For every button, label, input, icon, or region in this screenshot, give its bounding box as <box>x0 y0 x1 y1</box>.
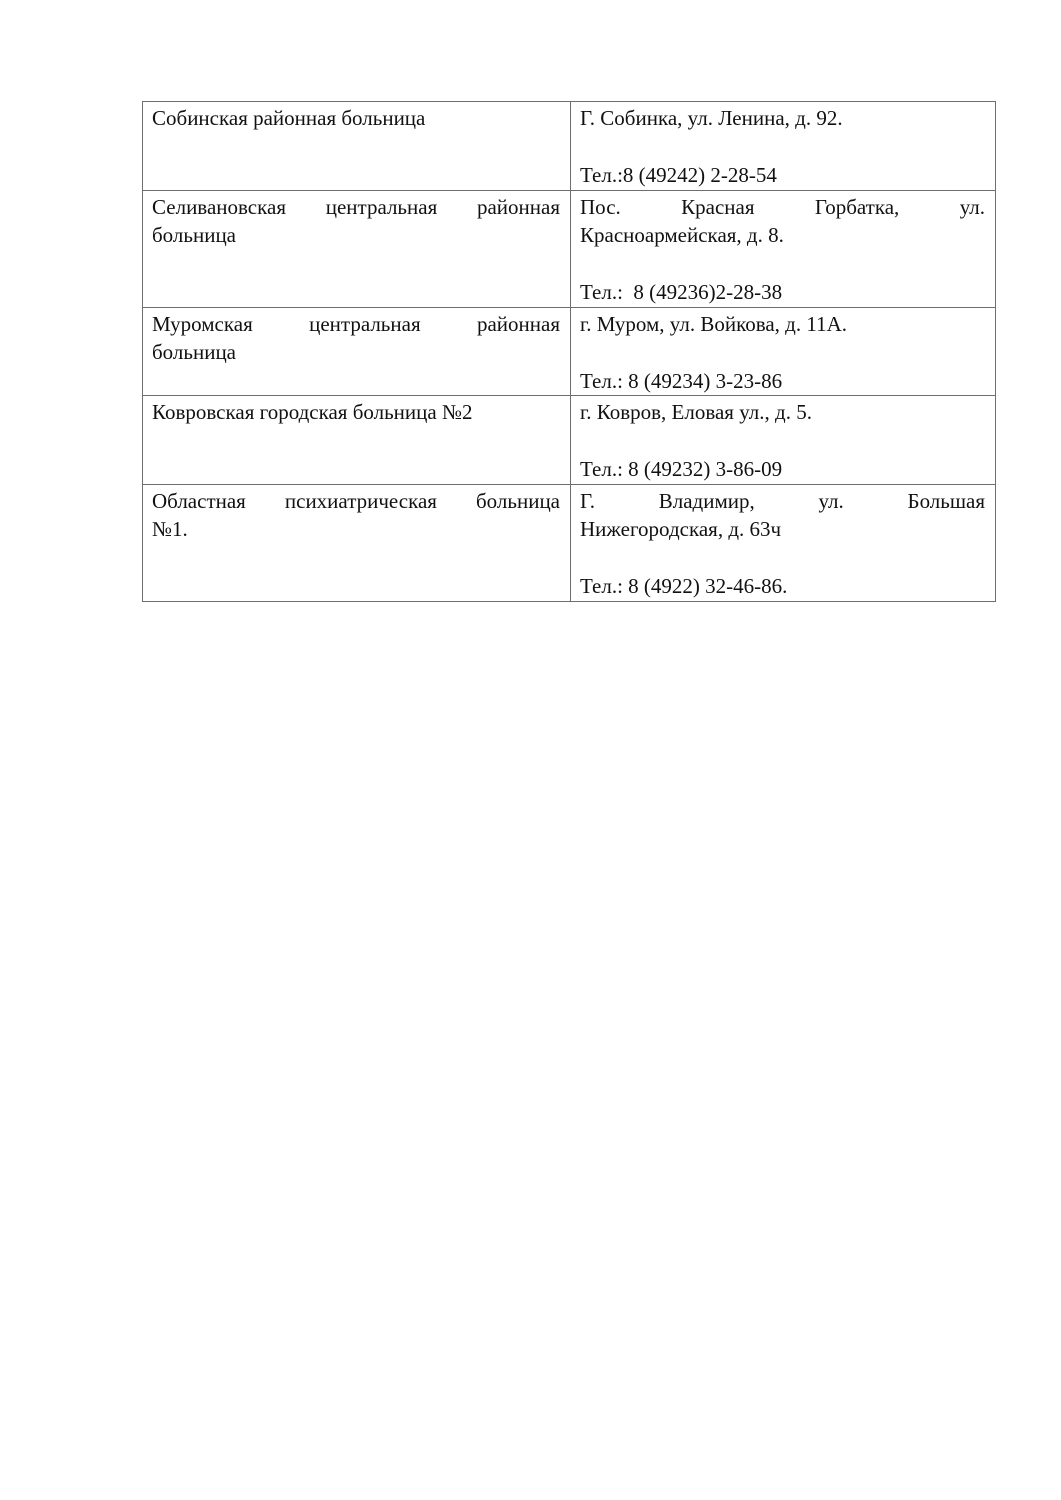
hospital-phone: Тел.: 8 (49236)2-28-38 <box>580 278 985 307</box>
hospital-phone: Тел.: 8 (49234) 3-23-86 <box>580 367 985 396</box>
hospital-name-cell: Муромская центральная районная больница <box>143 307 571 396</box>
hospital-address-cell: Г. Владимир, ул. Большая Нижегородская, … <box>571 484 996 601</box>
table-row: Ковровская городская больница №2 г. Ковр… <box>143 396 996 485</box>
hospital-phone: Тел.: 8 (4922) 32-46-86. <box>580 572 985 601</box>
table-row: Областная психиатрическая больница №1. Г… <box>143 484 996 601</box>
hospital-address: Г. Владимир, ул. Большая <box>580 487 985 516</box>
hospital-address: Пос. Красная Горбатка, ул. <box>580 193 985 222</box>
table-row: Селивановская центральная районная больн… <box>143 190 996 307</box>
hospital-address-cont: Красноармейская, д. 8. <box>580 221 985 250</box>
hospital-name-cont: больница <box>152 221 560 250</box>
hospital-name-cell: Собинская районная больница <box>143 102 571 191</box>
table-row: Муромская центральная районная больница … <box>143 307 996 396</box>
hospital-name: Областная психиатрическая больница <box>152 487 560 516</box>
hospital-address: г. Муром, ул. Войкова, д. 11А. <box>580 310 985 339</box>
hospital-name: Ковровская городская больница №2 <box>152 398 560 427</box>
hospital-name-cont: больница <box>152 338 560 367</box>
hospital-name: Селивановская центральная районная <box>152 193 560 222</box>
table-row: Собинская районная больница Г. Собинка, … <box>143 102 996 191</box>
hospital-name-cell: Ковровская городская больница №2 <box>143 396 571 485</box>
hospital-phone: Тел.:8 (49242) 2-28-54 <box>580 161 985 190</box>
hospital-address-cell: г. Ковров, Еловая ул., д. 5. Тел.: 8 (49… <box>571 396 996 485</box>
hospital-name-cont: №1. <box>152 515 560 544</box>
hospital-name: Муромская центральная районная <box>152 310 560 339</box>
hospital-address: г. Ковров, Еловая ул., д. 5. <box>580 398 985 427</box>
hospital-address-cell: Г. Собинка, ул. Ленина, д. 92. Тел.:8 (4… <box>571 102 996 191</box>
hospital-address-cell: Пос. Красная Горбатка, ул. Красноармейск… <box>571 190 996 307</box>
hospital-name-cell: Селивановская центральная районная больн… <box>143 190 571 307</box>
hospital-address-cont: Нижегородская, д. 63ч <box>580 515 985 544</box>
hospital-address: Г. Собинка, ул. Ленина, д. 92. <box>580 104 985 133</box>
hospital-name-cell: Областная психиатрическая больница №1. <box>143 484 571 601</box>
hospital-contacts-table: Собинская районная больница Г. Собинка, … <box>142 101 996 602</box>
hospital-phone: Тел.: 8 (49232) 3-86-09 <box>580 455 985 484</box>
document-page: Собинская районная больница Г. Собинка, … <box>0 0 1061 1500</box>
hospital-name: Собинская районная больница <box>152 104 560 133</box>
hospital-address-cell: г. Муром, ул. Войкова, д. 11А. Тел.: 8 (… <box>571 307 996 396</box>
